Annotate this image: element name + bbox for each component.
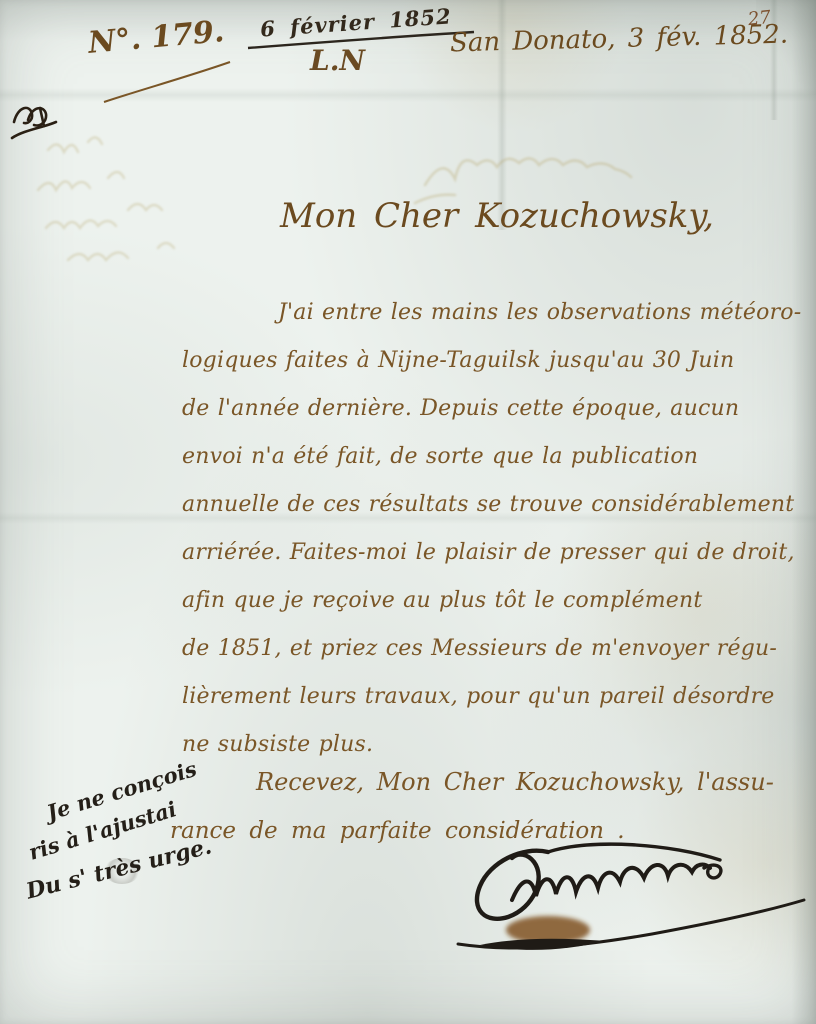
letter-body: J'ai entre les mains les observations mé… bbox=[182, 300, 814, 790]
body-line: ne subsiste plus. bbox=[182, 732, 373, 757]
body-line: lièrement leurs travaux, pour qu'un pare… bbox=[182, 684, 775, 709]
body-line: arriérée. Faites-moi le plaisir de press… bbox=[182, 540, 795, 565]
body-line: annuelle de ces résultats se trouve cons… bbox=[182, 492, 794, 517]
body-line: J'ai entre les mains les observations mé… bbox=[182, 300, 801, 325]
body-line: de l'année dernière. Depuis cette époque… bbox=[182, 396, 739, 421]
body-line: afin que je reçoive au plus tôt le compl… bbox=[182, 588, 702, 613]
body-line: envoi n'a été fait, de sorte que la publ… bbox=[182, 444, 698, 469]
paraph-mark bbox=[6, 96, 60, 148]
number-flourish bbox=[100, 58, 240, 108]
letter-number: N°. 179. bbox=[87, 14, 226, 61]
letter-page: N°. 179. 6 février 1852 L.N San Donato, … bbox=[0, 0, 816, 1024]
folio-number: 27 bbox=[747, 7, 772, 30]
body-line: de 1851, et priez ces Messieurs de m'env… bbox=[182, 636, 777, 661]
signature bbox=[452, 838, 812, 966]
closing-line: Recevez, Mon Cher Kozuchowsky, l'assu- bbox=[256, 768, 774, 796]
body-line: logiques faites à Nijne-Taguilsk jusqu'a… bbox=[182, 348, 734, 373]
salutation: Mon Cher Kozuchowsky, bbox=[280, 196, 714, 236]
received-initials: L.N bbox=[310, 44, 365, 77]
